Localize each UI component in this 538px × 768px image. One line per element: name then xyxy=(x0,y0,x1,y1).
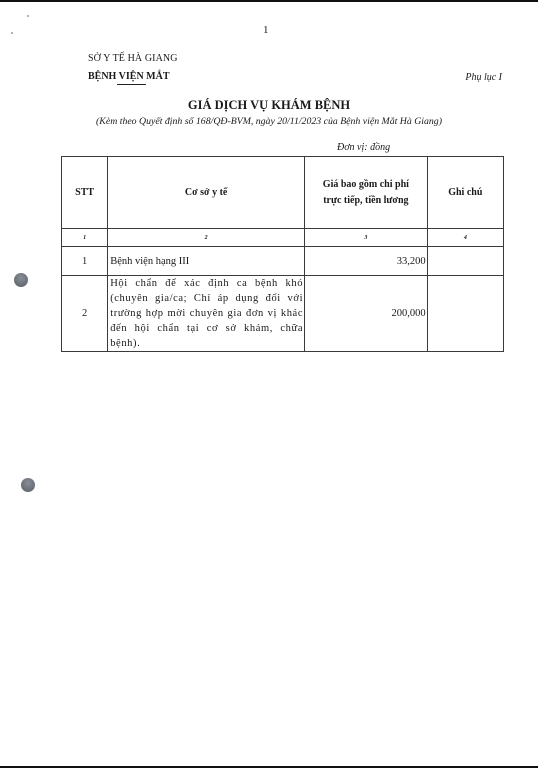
punch-hole xyxy=(14,273,28,287)
header-stt: STT xyxy=(62,157,108,229)
row-note xyxy=(427,247,503,276)
header-price-line2: trực tiếp, tiền lương xyxy=(323,195,408,206)
row-facility: Bệnh viện hạng III xyxy=(108,247,305,276)
column-number-row: 1 2 3 4 xyxy=(62,229,504,247)
table-row: 2 Hội chẩn để xác định ca bệnh khó (chuy… xyxy=(62,276,504,352)
document-subtitle: (Kèm theo Quyết định số 168/QĐ-BVM, ngày… xyxy=(0,116,538,127)
unit-label: Đơn vị: đồng xyxy=(337,142,390,153)
punch-hole xyxy=(21,478,35,492)
org-name: BỆNH VIỆN MẮT xyxy=(88,71,170,82)
scan-speck xyxy=(11,32,13,34)
scan-top-edge xyxy=(0,0,538,2)
row-price: 33,200 xyxy=(305,247,428,276)
header-note: Ghi chú xyxy=(427,157,503,229)
page-number: 1 xyxy=(263,24,269,36)
org-name-underline xyxy=(117,84,146,85)
header-price: Giá bao gồm chi phí trực tiếp, tiền lươn… xyxy=(305,157,428,229)
row-price: 200,000 xyxy=(305,276,428,352)
org-parent-name: SỞ Y TẾ HÀ GIANG xyxy=(88,53,178,64)
column-number: 1 xyxy=(62,229,108,247)
appendix-label: Phụ lục I xyxy=(465,72,502,83)
table-row: 1 Bệnh viện hạng III 33,200 xyxy=(62,247,504,276)
column-number: 2 xyxy=(108,229,305,247)
scan-speck xyxy=(27,15,29,17)
row-stt: 2 xyxy=(62,276,108,352)
document-title: GIÁ DỊCH VỤ KHÁM BỆNH xyxy=(0,98,538,113)
header-facility: Cơ sở y tế xyxy=(108,157,305,229)
price-table: STT Cơ sở y tế Giá bao gồm chi phí trực … xyxy=(61,156,504,352)
table-header-row: STT Cơ sở y tế Giá bao gồm chi phí trực … xyxy=(62,157,504,229)
row-note xyxy=(427,276,503,352)
row-facility: Hội chẩn để xác định ca bệnh khó (chuyên… xyxy=(108,276,305,352)
row-stt: 1 xyxy=(62,247,108,276)
header-price-line1: Giá bao gồm chi phí xyxy=(323,179,409,190)
column-number: 4 xyxy=(427,229,503,247)
column-number: 3 xyxy=(305,229,428,247)
